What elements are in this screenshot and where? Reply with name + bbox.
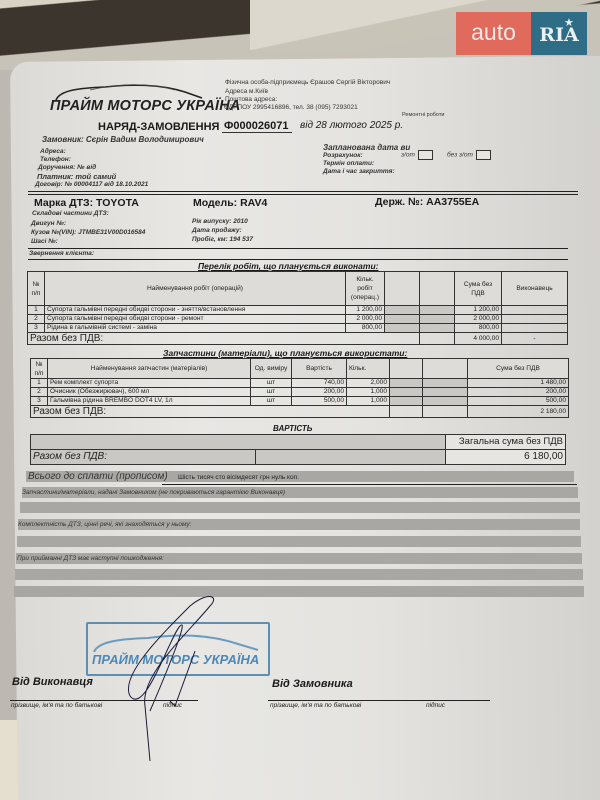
customer-parts-note: Запчастини/матеріали, надані Замовником … — [22, 489, 285, 496]
company-line-1: Фізична особа-підприємець Єрашов Сергій … — [225, 79, 390, 86]
executor-label: Від Виконавця — [12, 676, 93, 688]
parts-total-row: Разом без ПДВ: 2 180,00 — [31, 406, 569, 418]
col-executor: Виконавець — [502, 272, 568, 306]
divider — [28, 191, 578, 192]
vehicle-vin: Кузов №(VIN): JTMBE31V00D016584 — [31, 229, 145, 236]
notes-input-band[interactable] — [15, 569, 583, 580]
watermark-ria: RIA — [531, 12, 587, 55]
with-vat-label: з/от — [401, 152, 415, 159]
without-vat-checkbox[interactable] — [476, 150, 491, 160]
autoria-watermark: auto RIA ★ — [456, 12, 587, 55]
parts-table: № п/п Найменування запчастин (матеріалів… — [30, 358, 569, 418]
table-row: 3 Рідина в гальмівній системі - заміна 8… — [28, 324, 568, 333]
contract: Договір: № 00004117 від 18.10.2021 — [35, 181, 148, 188]
vehicle-chassis: Шасі №: — [31, 238, 58, 245]
table-row: 1 Супорта гальмівні передні обидві сторо… — [28, 306, 568, 315]
part-name: Рем комплект супорта — [48, 379, 251, 388]
with-vat-checkbox[interactable] — [418, 150, 433, 160]
divider — [28, 248, 568, 249]
close-datetime: Дата і час закриття: — [323, 168, 395, 175]
vehicle-engine: Двигун №: — [31, 220, 66, 227]
in-words-value: Шість тисяч сто вісімдесят грн нуль коп. — [178, 474, 299, 481]
parts-total-label: Разом без ПДВ: — [31, 406, 390, 418]
vehicle-components: Складові частини ДТЗ: — [32, 210, 109, 217]
watermark-auto: auto — [456, 12, 531, 55]
payment-label: Розрахунок: — [323, 152, 363, 159]
col-number: № п/п — [28, 272, 45, 306]
customer-name-hint: прізвище, ім'я та по батькові — [270, 702, 361, 709]
doc-number: Ф000026071 — [222, 120, 292, 133]
completeness-note: Комплектність ДТЗ, цінні речі, які знахо… — [18, 521, 191, 528]
in-words-label: Всього до сплати (прописом) — [28, 471, 168, 482]
doc-date: від 28 лютого 2025 р. — [300, 120, 403, 131]
cost-table: Загальна сума без ПДВ Разом без ПДВ: 6 1… — [30, 434, 566, 465]
executor-signature-hint: підпис — [163, 702, 182, 709]
vehicle-mileage: Пробіг, км: 194 537 — [192, 236, 253, 243]
grand-total-label: Загальна сума без ПДВ — [445, 435, 565, 450]
work-name: Супорта гальмівні передні обидві сторони… — [45, 306, 346, 315]
divider — [28, 194, 578, 195]
without-vat-option[interactable]: без з/от — [447, 150, 491, 160]
payment-term: Термін оплати: — [323, 160, 374, 167]
col-sum: Сума без ПДВ — [455, 272, 502, 306]
parts-total: 2 180,00 — [468, 406, 569, 418]
executor-signature-line[interactable] — [10, 700, 198, 701]
company-line-4: ЄДРПОУ 2995416896, тел. 38 (095) 7293021 — [224, 104, 358, 111]
power-of-attorney: Доручення: № від — [38, 164, 96, 171]
company-logo: ПРАЙМ МОТОРС УКРАЇНА — [50, 80, 210, 120]
vehicle-model: Модель: RAV4 — [193, 197, 267, 209]
doc-title: НАРЯД-ЗАМОВЛЕННЯ — [98, 121, 219, 133]
vehicle-plate: Держ. №: AA3755EA — [375, 196, 479, 208]
with-vat-option[interactable]: з/от — [401, 150, 433, 160]
executor-name-hint: прізвище, ім'я та по батькові — [11, 702, 102, 709]
signature-scribble — [90, 596, 230, 766]
company-line-2: Адреса м.Київ — [225, 88, 268, 95]
table-row: 1 Рем комплект супорта шт 740,00 2,000 1… — [31, 379, 569, 388]
work-name: Рідина в гальмівній системі - заміна — [45, 324, 346, 333]
works-table: № п/п Найменування робіт (операцій) Кіль… — [27, 271, 568, 345]
works-total: 4 000,00 — [455, 333, 502, 345]
works-total-row: Разом без ПДВ: 4 000,00 - — [28, 333, 568, 345]
notes-input-band[interactable] — [17, 536, 581, 547]
cost-title: ВАРТІСТЬ — [273, 424, 312, 433]
vehicle-make: Марка ДТЗ: TOYOTA — [34, 197, 139, 209]
table-row: 2 Супорта гальмівні передні обидві сторо… — [28, 315, 568, 324]
notes-input-band[interactable] — [20, 502, 580, 513]
planned-title: Запланована дата ви — [323, 143, 410, 152]
divider — [28, 259, 568, 260]
client-request: Звернення клієнта: — [29, 250, 94, 257]
works-title: Перелік робіт, що планується виконати: — [198, 261, 378, 271]
part-name: Очисник (Обезжирювач), 600 мл — [48, 388, 251, 397]
grand-total: 6 180,00 — [445, 450, 565, 465]
customer-signature-hint: підпис — [426, 702, 445, 709]
customer-address: Адреса: — [40, 148, 66, 155]
vehicle-sale-date: Дата продажу: — [192, 227, 242, 234]
col-qty: Кільк. робіт (операц.) — [346, 272, 385, 306]
customer-phone: Телефон: — [40, 156, 71, 163]
cost-total-label: Разом без ПДВ: — [31, 450, 256, 465]
table-row: 3 Гальмівна рідина BREMBO DOT4 LV, 1л шт… — [31, 397, 569, 406]
payer: Платник: той самий — [37, 172, 116, 181]
repair-label: Ремонтні роботи — [402, 112, 444, 118]
table-row: 2 Очисник (Обезжирювач), 600 мл шт 200,0… — [31, 388, 569, 397]
parts-title: Запчастини (матеріали), що планується ви… — [163, 348, 407, 358]
logo-text: ПРАЙМ МОТОРС УКРАЇНА — [50, 98, 241, 114]
work-name: Супорта гальмівні передні обидві сторони… — [45, 315, 346, 324]
works-total-label: Разом без ПДВ: — [28, 333, 385, 345]
damages-note: При прийманні ДТЗ має наступні пошкоджен… — [17, 555, 164, 562]
vehicle-year: Рік випуску: 2010 — [192, 218, 248, 225]
without-vat-label: без з/от — [447, 152, 473, 159]
company-line-3: Поштова адреса: — [225, 96, 277, 103]
star-icon: ★ — [564, 16, 574, 29]
customer-label: Від Замовника — [272, 678, 353, 690]
customer-name: Замовник: Сєрін Вадим Володимирович — [42, 135, 204, 144]
customer-signature-line[interactable] — [268, 700, 490, 701]
part-name: Гальмівна рідина BREMBO DOT4 LV, 1л — [48, 397, 251, 406]
col-work-name: Найменування робіт (операцій) — [45, 272, 346, 306]
